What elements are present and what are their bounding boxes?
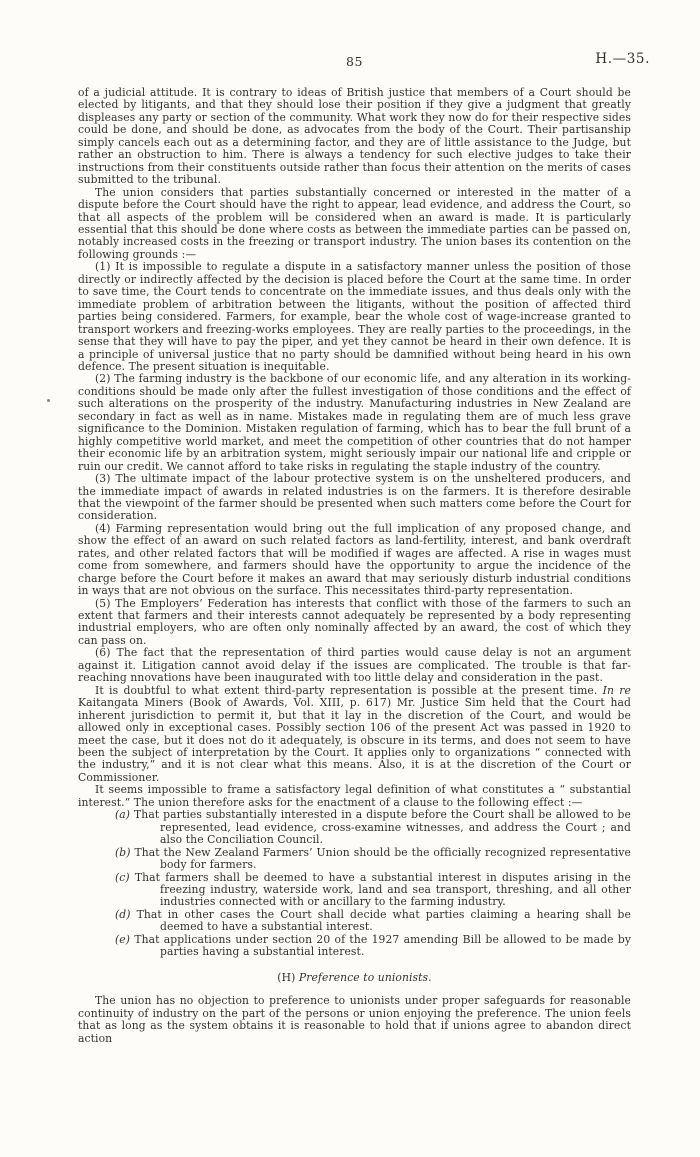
lettered-item-c: (c) That farmers shall be deemed to have… (115, 872, 631, 909)
numbered-item-5: (5) The Employers’ Federation has intere… (78, 598, 631, 648)
item-text: The Employers’ Federation has interests … (78, 597, 631, 647)
item-label: (b) (115, 846, 134, 859)
section-letter: (H) (277, 971, 299, 984)
page-number: 85 (78, 54, 631, 69)
item-number: (1) (95, 260, 115, 273)
numbered-item-1: (1) It is impossible to regulate a dispu… (78, 261, 631, 373)
item-number: (5) (95, 597, 115, 610)
paragraph-union-considers: The union considers that parties substan… (78, 187, 631, 262)
item-label: (e) (115, 933, 134, 946)
paragraph-doubtful: It is doubtful to what extent third-part… (78, 685, 631, 785)
item-text: The fact that the representation of thir… (78, 646, 631, 684)
paragraph-continuation: of a judicial attitude. It is contrary t… (78, 87, 631, 187)
paragraph-seems-impossible: It seems impossible to frame a satisfact… (78, 784, 631, 809)
paragraph-text: It is doubtful to what extent third-part… (95, 684, 603, 697)
document-page: 85 H.—35. of a judicial attitude. It is … (0, 0, 700, 1157)
item-text: The ultimate impact of the labour protec… (78, 472, 631, 522)
lettered-list: (a) That parties substantially intereste… (115, 809, 631, 958)
item-number: (4) (95, 522, 116, 535)
lettered-item-e: (e) That applications under section 20 o… (115, 934, 631, 959)
case-citation-italic: In re (603, 684, 631, 697)
item-number: (3) (95, 472, 115, 485)
numbered-item-6: (6) The fact that the representation of … (78, 647, 631, 684)
lettered-item-a: (a) That parties substantially intereste… (115, 809, 631, 846)
section-heading: (H) Preference to unionists. (78, 972, 631, 984)
document-reference: H.—35. (595, 51, 650, 67)
item-text: Farming representation would bring out t… (78, 522, 631, 597)
item-text: It is impossible to regulate a dispute i… (78, 260, 631, 373)
item-text: That parties substantially interested in… (134, 808, 631, 846)
item-label: (d) (115, 908, 137, 921)
item-label: (a) (115, 808, 134, 821)
paragraph-final: The union has no objection to preference… (78, 995, 631, 1045)
body-text: of a judicial attitude. It is contrary t… (78, 87, 631, 1045)
item-text: That applications under section 20 of th… (134, 933, 631, 958)
item-label: (c) (115, 871, 135, 884)
item-text: That in other cases the Court shall deci… (137, 908, 631, 933)
item-number: (6) (95, 646, 117, 659)
numbered-item-3: (3) The ultimate impact of the labour pr… (78, 473, 631, 523)
lettered-item-b: (b) That the New Zealand Farmers’ Union … (115, 847, 631, 872)
item-text: The farming industry is the backbone of … (78, 372, 631, 472)
item-number: (2) (95, 372, 114, 385)
item-text: That farmers shall be deemed to have a s… (135, 871, 631, 909)
paragraph-text: Kaitangata Miners (Book of Awards, Vol. … (78, 696, 631, 784)
margin-speck (47, 399, 50, 402)
numbered-item-2: (2) The farming industry is the backbone… (78, 373, 631, 473)
numbered-item-4: (4) Farming representation would bring o… (78, 523, 631, 598)
section-title: Preference to unionists. (299, 971, 432, 984)
item-text: That the New Zealand Farmers’ Union shou… (134, 846, 631, 871)
lettered-item-d: (d) That in other cases the Court shall … (115, 909, 631, 934)
